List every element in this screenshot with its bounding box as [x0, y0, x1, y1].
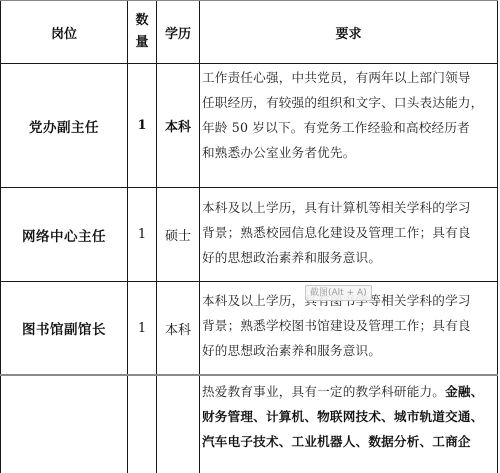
count-cell: 1 — [128, 64, 156, 187]
count-cell: 1 — [128, 282, 156, 374]
requirements-cell: 本科及以上学历，具有计算机等相关学科的学习 背景；熟悉校园信息化建设及管理工作；… — [202, 195, 496, 270]
position-cell-empty — [1, 376, 127, 473]
requirements-plain-text: 热爱教育事业，具有一定的教学科研能力。 — [202, 384, 445, 399]
requirements-line: 任职经历，有较强的组织和文字、口头表达能力， — [202, 90, 496, 115]
position-library-deputy-director: 图书馆副馆长 — [1, 282, 127, 374]
requirements-line: 财务管理、计算机、物联网技术、城市轨道交通、 — [202, 404, 496, 429]
requirements-line: 汽车电子技术、工业机器人、数据分析、工商企 — [202, 429, 496, 454]
table-border-right — [497, 0, 498, 473]
education-cell: 硕士 — [157, 188, 199, 281]
header-requirements: 要求 — [200, 1, 497, 63]
count-cell — [128, 376, 156, 473]
column-divider — [199, 0, 200, 473]
requirements-line: 背景；熟悉学校图书馆建设及管理工作；具有良 — [202, 313, 496, 338]
position-network-center-director: 网络中心主任 — [1, 188, 127, 281]
header-count-line1: 数 — [135, 10, 148, 32]
requirements-line: 热爱教育事业，具有一定的教学科研能力。金融、 — [202, 379, 496, 404]
screenshot-tooltip: 截图(Alt + A) — [305, 285, 372, 301]
education-cell: 本科 — [157, 64, 199, 187]
education-cell: 本科 — [157, 282, 199, 374]
requirements-line: 本科及以上学历，具有计算机等相关学科的学习 — [202, 195, 496, 220]
header-count: 数 量 — [128, 1, 156, 63]
requirements-line: 和熟悉办公室业务者优先。 — [202, 140, 496, 165]
requirements-cell: 工作责任心强，中共党员，有两年以上部门领导 任职经历，有较强的组织和文字、口头表… — [202, 65, 496, 165]
requirements-cell: 热爱教育事业，具有一定的教学科研能力。金融、 财务管理、计算机、物联网技术、城市… — [202, 379, 496, 454]
position-party-office-deputy: 党办副主任 — [1, 64, 127, 187]
requirements-line: 年龄 50 岁以下。有党务工作经验和高校经历者 — [202, 115, 496, 140]
header-count-line2: 量 — [135, 32, 148, 54]
count-cell: 1 — [128, 188, 156, 281]
job-requirements-table: 岗位 数 量 学历 要求 党办副主任 1 本科 工作责任心强，中共党员，有两年以… — [0, 0, 500, 473]
requirements-line: 好的思想政治素养和服务意识。 — [202, 245, 496, 270]
requirements-line: 背景；熟悉校园信息化建设及管理工作；具有良 — [202, 220, 496, 245]
requirements-bold-text: 金融、 — [445, 384, 483, 399]
header-position: 岗位 — [1, 1, 127, 63]
education-cell — [157, 376, 199, 473]
requirements-line: 好的思想政治素养和服务意识。 — [202, 338, 496, 363]
header-education: 学历 — [157, 1, 199, 63]
requirements-line: 工作责任心强，中共党员，有两年以上部门领导 — [202, 65, 496, 90]
